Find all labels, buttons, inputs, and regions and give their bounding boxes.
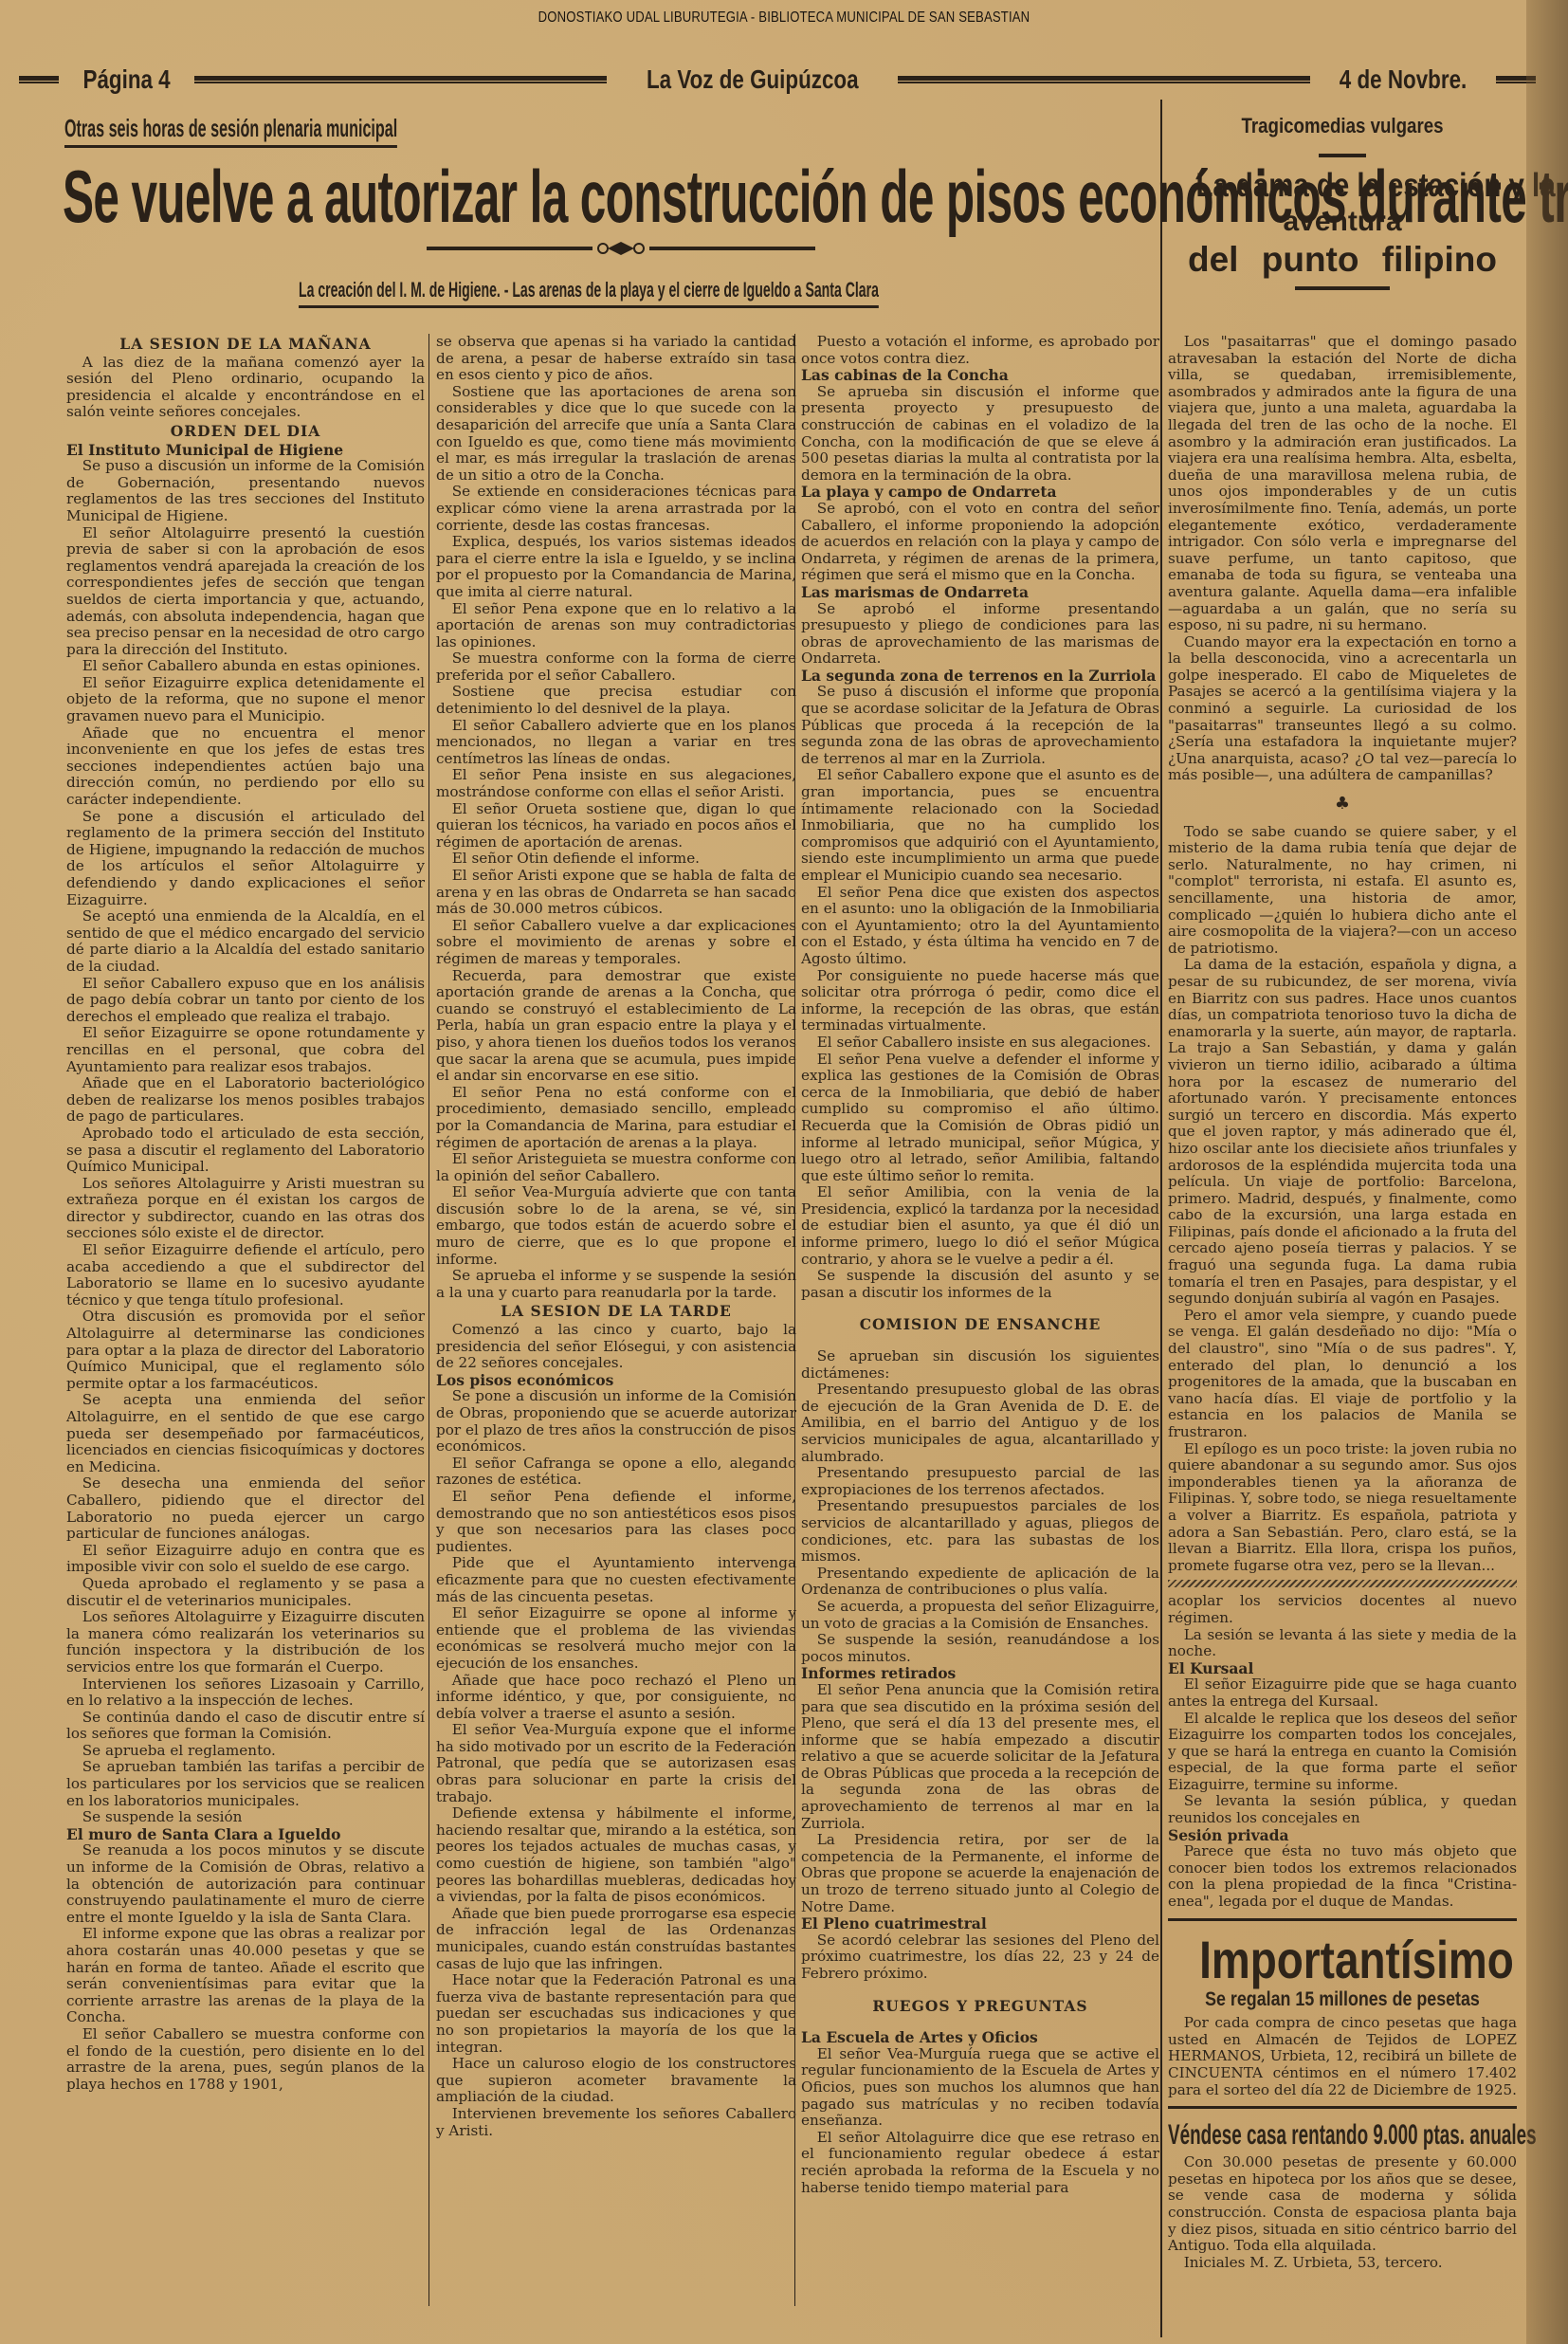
paragraph: Pero el amor vela siempre, y cuando pued… [1168,1308,1517,1441]
paragraph: El señor Pena no está conforme con el pr… [436,1085,796,1151]
header-rule [1319,154,1366,157]
masthead: Página 4 La Voz de Guipúzcoa 4 de Novbre… [19,64,1536,95]
subsection-heading: La playa y campo de Ondarreta [801,484,1159,501]
article-column-1: LA SESION DE LA MAÑANA A las diez de la … [66,334,425,2093]
section-heading: LA SESION DE LA MAÑANA [66,336,425,353]
paragraph: Explica, después, los varios sistemas id… [436,534,796,600]
spacer [801,2016,1159,2029]
paragraph: El señor Caballero expone que el asunto … [801,767,1159,884]
paragraph: Todo se sabe cuando se quiere saber, y e… [1168,824,1517,958]
paragraph: El señor Eizaguirre adujo en contra que … [66,1543,425,1576]
article-headline: Se vuelve a autorizar la construcción de… [63,159,761,233]
subsection-heading: Las marismas de Ondarreta [801,584,1159,601]
paragraph: Se desecha una enmienda del señor Caball… [66,1475,425,1542]
side-article-title: del punto filipino [1168,239,1517,281]
section-heading: ORDEN DEL DIA [66,423,425,440]
paragraph: Los señores Altolaguirre y Eizaguirre di… [66,1609,425,1676]
section-heading: RUEGOS Y PREGUNTAS [801,1998,1159,2015]
side-column: Los "pasaitarras" que el domingo pasado … [1168,334,1517,2271]
paragraph: Los "pasaitarras" que el domingo pasado … [1168,334,1517,634]
advertisement-lopez-hermanos: Importantísimo Se regalan 15 millones de… [1168,1929,1517,2099]
paragraph: El epílogo es un poco triste: la joven r… [1168,1441,1517,1575]
paragraph: Se pone a discusión un informe de la Com… [436,1388,796,1455]
subsection-heading: El muro de Santa Clara a Igueldo [66,1826,425,1843]
paragraph: Por consiguiente no puede hacerse más qu… [801,968,1159,1035]
article-column-2: se observa que apenas si ha variado la c… [436,334,796,2139]
paragraph: El señor Cafranga se opone a ello, alega… [436,1456,796,1489]
ad-body: Por cada compra de cinco pesetas que hag… [1168,2015,1517,2098]
paragraph: El señor Vea-Murguía advierte que con ta… [436,1184,796,1268]
paragraph: Se acuerda, a propuesta del señor Elizag… [801,1599,1159,1632]
subsection-heading: El Pleno cuatrimestral [801,1915,1159,1932]
newspaper-title: La Voz de Guipúzcoa [636,64,869,95]
spacer [801,1301,1159,1314]
paragraph: El señor Caballero abunda en estas opini… [66,658,425,675]
paragraph: Intervienen brevemente los señores Cabal… [436,2106,796,2139]
ad-divider [1168,1918,1517,1921]
header-rule [1295,286,1390,290]
paragraph: El señor Altolaguirre presentó la cuesti… [66,525,425,659]
paragraph: Añade que bien puede prorrogarse esa esp… [436,1906,796,1972]
paragraph: El señor Eizaguirre defiende el artículo… [66,1242,425,1309]
ornament-divider-icon [427,242,815,255]
masthead-rule [194,76,607,83]
paragraph: Se pone a discusión el articulado del re… [66,809,425,909]
paragraph: El señor Vea-Murguía expone que el infor… [436,1722,796,1805]
side-article-title: La dama de la estación y la [1195,167,1488,205]
paragraph: Presentando expediente de aplicación de … [801,1566,1159,1599]
page-number: Página 4 [72,64,181,95]
wavy-divider [1168,1580,1517,1587]
paragraph: El señor Altolaguirre dice que ese retra… [801,2130,1159,2196]
paragraph: Intervienen los señores Lizasoain y Carr… [66,1676,425,1710]
paragraph: La Presidencia retira, por ser de la com… [801,1832,1159,1915]
paragraph: Queda aprobado el reglamento y se pasa a… [66,1576,425,1609]
paragraph: Se aprobó, con el voto en contra del señ… [801,501,1159,584]
paragraph: Se acordó celebrar las sesiones del Plen… [801,1932,1159,1983]
paragraph: Se suspende la discusión del asunto y se… [801,1268,1159,1301]
article-column-3: Puesto a votación el informe, es aprobad… [801,334,1159,2196]
paragraph: Añade que no encuentra el menor inconven… [66,725,425,809]
paragraph: se observa que apenas si ha variado la c… [436,334,796,384]
paragraph: El señor Eizaguirre se opone al informe … [436,1605,796,1672]
paragraph: El señor Eizaguirre explica detenidament… [66,675,425,725]
club-separator-icon: ♣ [1168,796,1517,813]
subsection-heading: Informes retirados [801,1665,1159,1682]
paragraph: El señor Pena vuelve a defender el infor… [801,1052,1159,1185]
paragraph: Se aprobó el informe presentando presupu… [801,601,1159,668]
subsection-heading: La segunda zona de terrenos en la Zurrio… [801,668,1159,685]
paragraph: El señor Aristeguieta se muestra conform… [436,1151,796,1184]
issue-date: 4 de Novbre. [1329,64,1478,95]
paragraph: Se suspende la sesión, reanudándose a lo… [801,1632,1159,1665]
ad-headline: Véndese casa rentando 9.000 ptas. anuale… [1168,2116,1514,2154]
ad-body: Con 30.000 pesetas de presente y 60.000 … [1168,2154,1517,2255]
paragraph: Añade que hace poco rechazó el Pleno un … [436,1673,796,1723]
paragraph: Recuerda, para demostrar que existe apor… [436,968,796,1085]
paragraph: El informe expone que las obras a realiz… [66,1926,425,2026]
paragraph: Hace un caluroso elogio de los construct… [436,2056,796,2106]
advertisement-house-sale: Véndese casa rentando 9.000 ptas. anuale… [1168,2116,1517,2271]
paragraph: El señor Aristi expone que se habla de f… [436,868,796,918]
ad-headline: Importantísimo [1199,1929,1486,1991]
paragraph: Se extiende en consideraciones técnicas … [436,484,796,534]
paragraph: El señor Otin defiende el informe. [436,851,796,868]
paragraph: Se aceptó una enmienda de la Alcaldía, e… [66,908,425,975]
spacer [801,1983,1159,1996]
paragraph: Se aprueban también las tarifas a percib… [66,1759,425,1809]
paragraph: El señor Caballero se muestra conforme c… [66,2026,425,2093]
masthead-rule [19,76,59,83]
subsection-heading: El Instituto Municipal de Higiene [66,442,425,459]
paragraph: Presentando presupuesto parcial de las e… [801,1465,1159,1498]
subsection-heading: Sesión privada [1168,1827,1517,1844]
article-subhead: La creación del I. M. de Higiene. - Las … [299,278,879,308]
paragraph: Se continúa dando el caso de discutir en… [66,1710,425,1743]
subsection-heading: Las cabinas de la Concha [801,367,1159,384]
paragraph: Se reanuda a los pocos minutos y se disc… [66,1842,425,1926]
masthead-rule [898,76,1310,83]
paragraph: Se puso a discusión un informe de la Com… [66,458,425,524]
paragraph: Comenzó a las cinco y cuarto, bajo la pr… [436,1322,796,1372]
paragraph: El señor Amilibia, con la venia de la Pr… [801,1184,1159,1268]
paragraph: Los señores Altolaguirre y Aristi muestr… [66,1176,425,1242]
paragraph: Se acepta una enmienda del señor Altolag… [66,1392,425,1475]
paragraph: El alcalde le replica que los deseos del… [1168,1711,1517,1794]
column-divider [1160,100,1162,2337]
paragraph: A las diez de la mañana comenzó ayer la … [66,355,425,421]
paragraph: acoplar los servicios docentes al nuevo … [1168,1593,1517,1626]
paragraph: Presentando presupuesto global de las ob… [801,1382,1159,1465]
subsection-heading: Los pisos económicos [436,1372,796,1389]
paragraph: Se aprueba el informe y se suspende la s… [436,1268,796,1301]
paragraph: El señor Vea-Murguía ruega que se active… [801,2046,1159,2130]
paragraph: Parece que ésta no tuvo más objeto que c… [1168,1843,1517,1910]
paragraph: Se aprueba sin discusión el informe que … [801,384,1159,485]
paragraph: Sostiene que las aportaciones de arena s… [436,384,796,485]
paragraph: Aprobado todo el articulado de esta secc… [66,1126,425,1176]
section-heading: LA SESION DE LA TARDE [436,1303,796,1320]
ad-contact: Iniciales M. Z. Urbieta, 53, tercero. [1168,2255,1517,2272]
paragraph: Otra discusión es promovida por el señor… [66,1309,425,1392]
paragraph: Se aprueba el reglamento. [66,1743,425,1760]
paragraph: Pide que el Ayuntamiento intervenga efic… [436,1555,796,1605]
paragraph: Defiende extensa y hábilmente el informe… [436,1805,796,1906]
archive-banner: DONOSTIAKO UDAL LIBURUTEGIA - BIBLIOTECA… [141,9,1427,27]
paragraph: El señor Pena defiende el informe, demos… [436,1489,796,1555]
paragraph: El señor Pena anuncia que la Comisión re… [801,1682,1159,1832]
paragraph: Puesto a votación el informe, es aprobad… [801,334,1159,367]
side-article-kicker: Tragicomedias vulgares [1194,114,1491,138]
paragraph: El señor Pena dice que existen dos aspec… [801,885,1159,968]
paragraph: Presentando presupuestos parciales de lo… [801,1498,1159,1565]
side-article-title: aventura [1168,205,1517,239]
paragraph: Hace notar que la Federación Patronal es… [436,1972,796,2056]
spacer [801,1335,1159,1348]
ad-divider [1168,2106,1517,2109]
column-divider [428,334,429,2306]
subsection-heading: El Kursaal [1168,1660,1517,1677]
paragraph: El señor Caballero vuelve a dar explicac… [436,918,796,968]
paragraph: El señor Pena expone que en lo relativo … [436,601,796,651]
ad-subhead: Se regalan 15 millones de pesetas [1194,1991,1491,2008]
section-heading: COMISION DE ENSANCHE [801,1316,1159,1333]
page-binding-edge [1526,0,1568,2344]
paragraph: Se suspende la sesión [66,1809,425,1826]
paragraph: El señor Caballero expuso que en los aná… [66,976,425,1026]
paragraph: Se muestra conforme con la forma de cier… [436,650,796,684]
article-kicker: Otras seis horas de sesión plenaria muni… [64,114,397,148]
paragraph: El señor Caballero advierte que en los p… [436,718,796,768]
paragraph: El señor Eizaguirre pide que se haga cua… [1168,1676,1517,1710]
paragraph: Se puso á discusión el informe que propo… [801,684,1159,767]
paragraph: La sesión se levanta á las siete y media… [1168,1627,1517,1660]
paragraph: El señor Orueta sostiene que, digan lo q… [436,801,796,852]
paragraph: Sostiene que precisa estudiar con deteni… [436,684,796,717]
paragraph: El señor Pena insiste en sus alegaciones… [436,767,796,800]
paragraph: Se levanta la sesión pública, y quedan r… [1168,1793,1517,1826]
paragraph: Se aprueban sin discusión los siguientes… [801,1348,1159,1382]
subsection-heading: La Escuela de Artes y Oficios [801,2029,1159,2046]
paragraph: La dama de la estación, española y digna… [1168,957,1517,1307]
paragraph: Cuando mayor era la expectación en torno… [1168,634,1517,784]
paragraph: Añade que en el Laboratorio bacteriológi… [66,1075,425,1126]
paragraph: El señor Eizaguirre se opone rotundament… [66,1025,425,1075]
side-article-header: Tragicomedias vulgares La dama de la est… [1168,114,1517,290]
paragraph: El señor Caballero insiste en sus alegac… [801,1035,1159,1052]
